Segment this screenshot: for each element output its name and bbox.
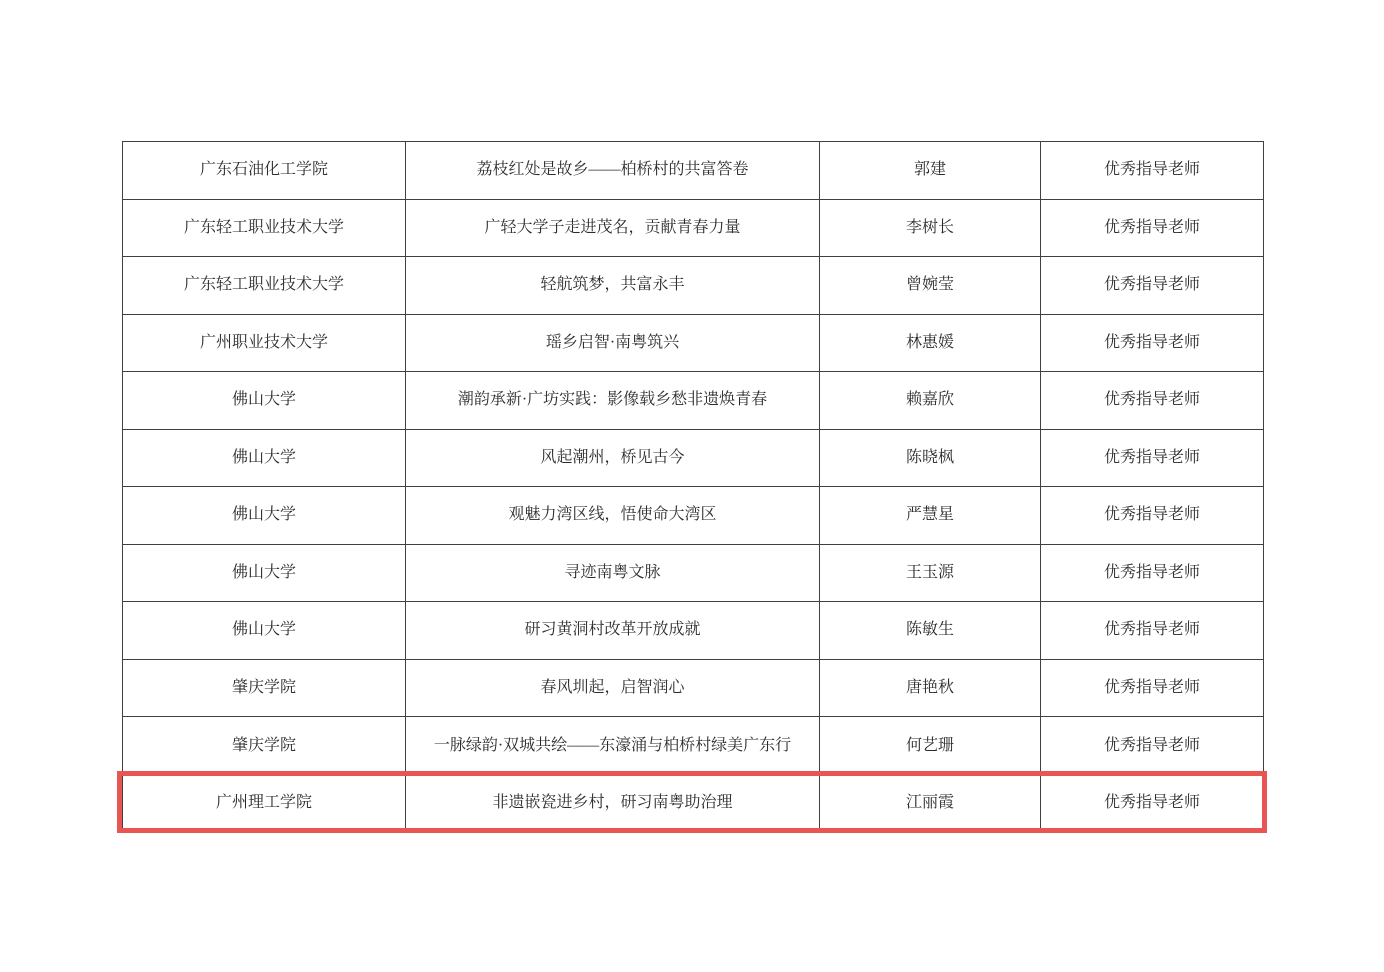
award-cell: 优秀指导老师 xyxy=(1041,429,1264,487)
school-cell: 佛山大学 xyxy=(123,487,406,545)
award-cell: 优秀指导老师 xyxy=(1041,257,1264,315)
award-cell: 优秀指导老师 xyxy=(1041,142,1264,200)
table-row: 佛山大学 研习黄洞村改革开放成就 陈敏生 优秀指导老师 xyxy=(123,602,1264,660)
award-cell: 优秀指导老师 xyxy=(1041,659,1264,717)
school-cell: 广东轻工职业技术大学 xyxy=(123,199,406,257)
project-cell: 春风圳起，启智润心 xyxy=(406,659,820,717)
table-row: 肇庆学院 一脉绿韵·双城共绘——东濠涌与柏桥村绿美广东行 何艺珊 优秀指导老师 xyxy=(123,717,1264,776)
project-cell: 研习黄洞村改革开放成就 xyxy=(406,602,820,660)
teacher-cell: 李树长 xyxy=(820,199,1041,257)
project-cell: 寻迹南粤文脉 xyxy=(406,544,820,602)
project-cell: 潮韵承新·广坊实践：影像载乡愁非遗焕青春 xyxy=(406,372,820,430)
school-cell: 肇庆学院 xyxy=(123,717,406,776)
table-row: 广州职业技术大学 瑶乡启智·南粤筑兴 林惠媛 优秀指导老师 xyxy=(123,314,1264,372)
award-cell: 优秀指导老师 xyxy=(1041,717,1264,776)
project-cell: 风起潮州，桥见古今 xyxy=(406,429,820,487)
teacher-cell: 江丽霞 xyxy=(820,776,1041,831)
teacher-cell: 何艺珊 xyxy=(820,717,1041,776)
school-cell: 广州职业技术大学 xyxy=(123,314,406,372)
award-cell: 优秀指导老师 xyxy=(1041,544,1264,602)
project-cell: 非遗嵌瓷进乡村，研习南粤助治理 xyxy=(406,776,820,831)
teacher-cell: 陈晓枫 xyxy=(820,429,1041,487)
award-cell: 优秀指导老师 xyxy=(1041,372,1264,430)
school-cell: 广州理工学院 xyxy=(123,776,406,831)
table-row: 佛山大学 潮韵承新·广坊实践：影像载乡愁非遗焕青春 赖嘉欣 优秀指导老师 xyxy=(123,372,1264,430)
project-cell: 一脉绿韵·双城共绘——东濠涌与柏桥村绿美广东行 xyxy=(406,717,820,776)
teacher-cell: 赖嘉欣 xyxy=(820,372,1041,430)
project-cell: 瑶乡启智·南粤筑兴 xyxy=(406,314,820,372)
project-cell: 轻航筑梦，共富永丰 xyxy=(406,257,820,315)
award-cell: 优秀指导老师 xyxy=(1041,602,1264,660)
school-cell: 广东石油化工学院 xyxy=(123,142,406,200)
teacher-cell: 陈敏生 xyxy=(820,602,1041,660)
school-cell: 肇庆学院 xyxy=(123,659,406,717)
award-cell: 优秀指导老师 xyxy=(1041,487,1264,545)
table-row: 广东轻工职业技术大学 轻航筑梦，共富永丰 曾婉莹 优秀指导老师 xyxy=(123,257,1264,315)
table-row: 广东轻工职业技术大学 广轻大学子走进茂名，贡献青春力量 李树长 优秀指导老师 xyxy=(123,199,1264,257)
document-page: 广东石油化工学院 荔枝红处是故乡——柏桥村的共富答卷 郭建 优秀指导老师 广东轻… xyxy=(0,0,1384,972)
table-row: 佛山大学 观魅力湾区线，悟使命大湾区 严慧星 优秀指导老师 xyxy=(123,487,1264,545)
teacher-cell: 王玉源 xyxy=(820,544,1041,602)
teacher-cell: 林惠媛 xyxy=(820,314,1041,372)
school-cell: 佛山大学 xyxy=(123,429,406,487)
project-cell: 广轻大学子走进茂名，贡献青春力量 xyxy=(406,199,820,257)
table-row: 广东石油化工学院 荔枝红处是故乡——柏桥村的共富答卷 郭建 优秀指导老师 xyxy=(123,142,1264,200)
project-cell: 荔枝红处是故乡——柏桥村的共富答卷 xyxy=(406,142,820,200)
table-row: 佛山大学 风起潮州，桥见古今 陈晓枫 优秀指导老师 xyxy=(123,429,1264,487)
table-row: 佛山大学 寻迹南粤文脉 王玉源 优秀指导老师 xyxy=(123,544,1264,602)
teacher-cell: 曾婉莹 xyxy=(820,257,1041,315)
school-cell: 广东轻工职业技术大学 xyxy=(123,257,406,315)
table-row: 肇庆学院 春风圳起，启智润心 唐艳秋 优秀指导老师 xyxy=(123,659,1264,717)
teacher-cell: 郭建 xyxy=(820,142,1041,200)
award-cell: 优秀指导老师 xyxy=(1041,314,1264,372)
award-cell: 优秀指导老师 xyxy=(1041,776,1264,831)
teacher-cell: 唐艳秋 xyxy=(820,659,1041,717)
project-cell: 观魅力湾区线，悟使命大湾区 xyxy=(406,487,820,545)
school-cell: 佛山大学 xyxy=(123,372,406,430)
award-cell: 优秀指导老师 xyxy=(1041,199,1264,257)
school-cell: 佛山大学 xyxy=(123,602,406,660)
table-row: 广州理工学院 非遗嵌瓷进乡村，研习南粤助治理 江丽霞 优秀指导老师 xyxy=(123,776,1264,831)
awards-table: 广东石油化工学院 荔枝红处是故乡——柏桥村的共富答卷 郭建 优秀指导老师 广东轻… xyxy=(122,141,1264,831)
teacher-cell: 严慧星 xyxy=(820,487,1041,545)
awards-table-body: 广东石油化工学院 荔枝红处是故乡——柏桥村的共富答卷 郭建 优秀指导老师 广东轻… xyxy=(123,142,1264,831)
school-cell: 佛山大学 xyxy=(123,544,406,602)
